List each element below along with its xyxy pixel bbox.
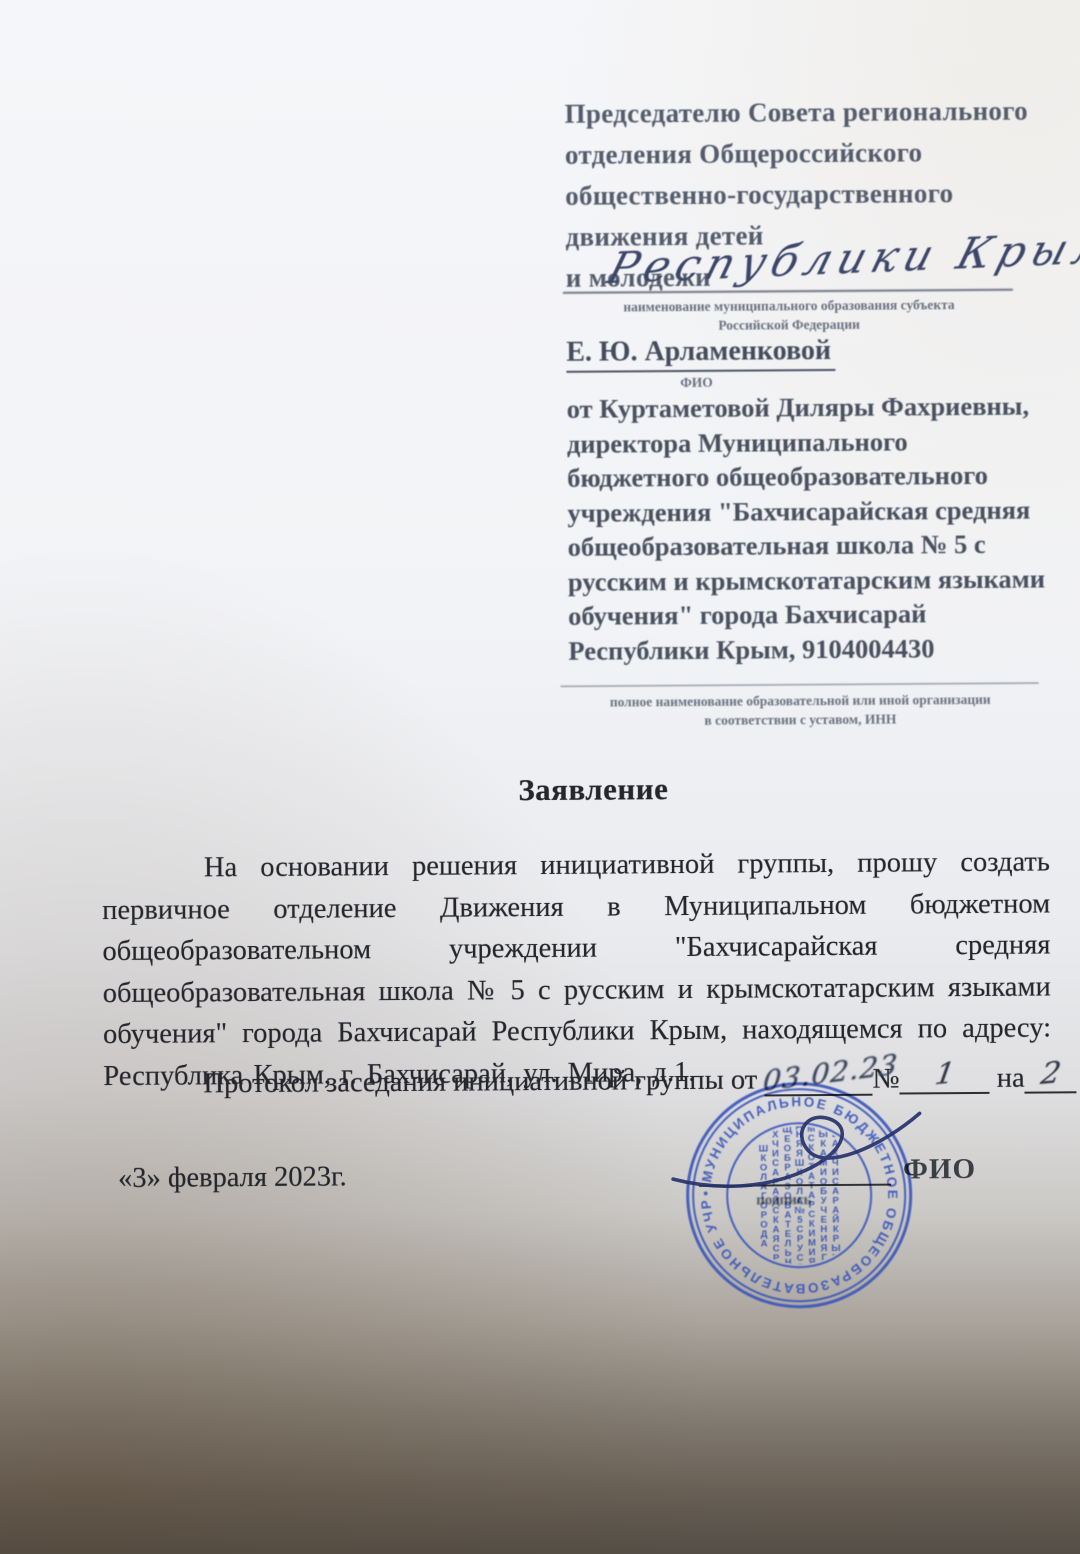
handwritten-signature [657,1095,943,1212]
sender-line: обучения" города Бахчисарай [568,595,1048,633]
org-caption: полное наименование образовательной или … [548,689,1053,731]
sender-line: Республики Крым, 9104004430 [568,630,1048,668]
region-caption-line2: Российской Федерации [563,314,1015,336]
paragraph-indent [103,1092,203,1093]
addressee-line: Председателю Совета регионального [564,91,1034,135]
addressee-line: отделения Общероссийского [565,132,1035,176]
org-caption-line1: полное наименование образовательной или … [548,689,1053,712]
sender-line: директора Муниципального [567,423,1047,461]
region-caption-line1: наименование муниципального образования … [563,295,1015,317]
handwritten-protocol-number: 1 [932,1056,957,1093]
sender-line: русским и крымскотатарским языками [568,561,1048,599]
document-page: Председателю Совета регионального отделе… [0,0,1080,1554]
sender-line: учреждения "Бахчисарайская средняя [567,492,1047,530]
region-caption: наименование муниципального образования … [563,295,1015,336]
protocol-on-word: на [997,1063,1025,1094]
handwritten-pages-count: 2 [1038,1056,1063,1093]
sender-block: от Куртаметовой Диляры Фахриевны, директ… [567,388,1049,667]
protocol-prefix: Протокол заседания инициативной группы о… [203,1065,757,1100]
sender-line: от Куртаметовой Диляры Фахриевны, [567,388,1047,426]
org-blank-line [561,683,1039,687]
body-paragraph: На основании решения инициативной группы… [102,841,1052,1097]
protocol-pages-blank: 2 [1024,1059,1076,1093]
photographed-document: Председателю Совета регионального отделе… [0,0,1080,1554]
sender-line: общеобразовательная школа № 5 с [568,526,1048,564]
addressee-line: общественно-государственного [565,173,1035,217]
protocol-number-blank: 1 [899,1060,989,1095]
document-title: Заявление [103,768,1080,811]
sender-line: бюджетного общеобразовательного [567,457,1047,495]
addressee-name: Е. Ю. Арламенковой [566,335,835,373]
org-caption-line2: в соответствии с уставом, ИНН [548,708,1053,731]
document-date: «3» февраля 2023г. [118,1161,347,1195]
handwritten-region-name: Республики Крым [611,232,1080,285]
